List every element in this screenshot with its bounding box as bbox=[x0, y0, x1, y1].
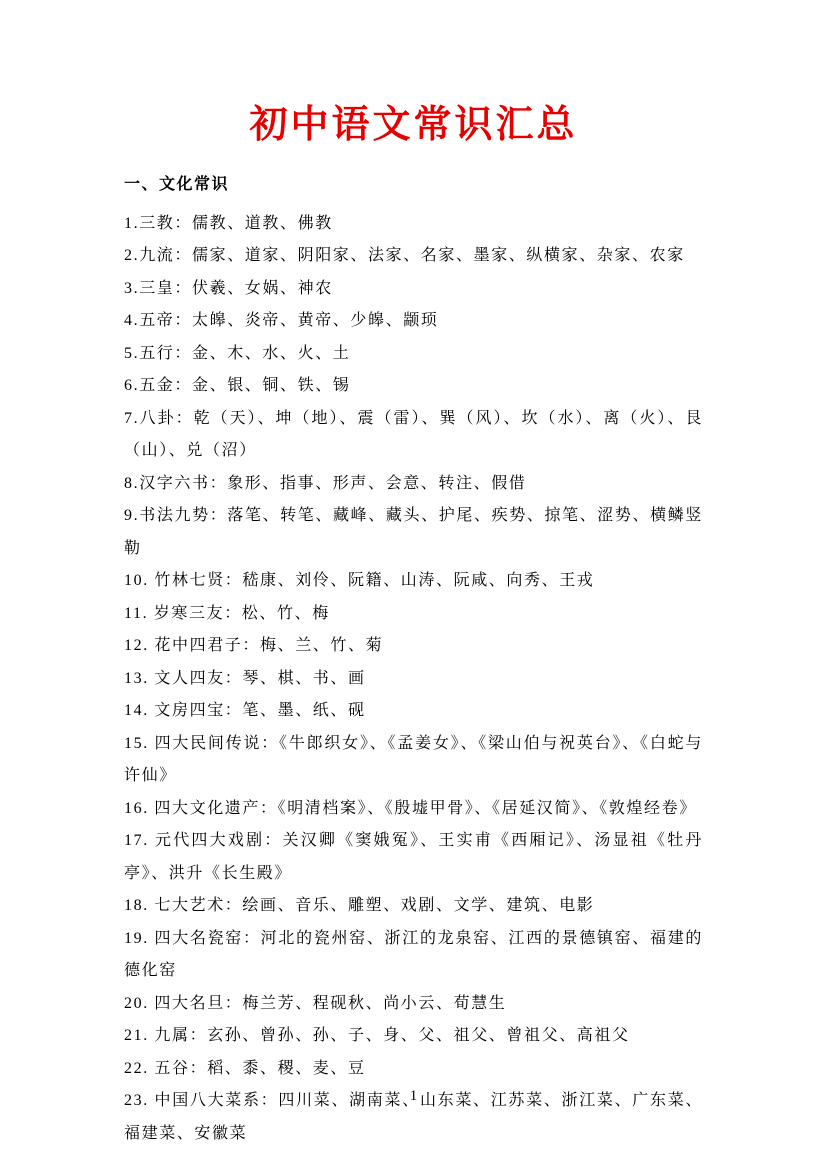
list-item: 15. 四大民间传说：《牛郎织女》、《孟姜女》、《梁山伯与祝英台》、《白蛇与许仙… bbox=[124, 728, 703, 793]
list-item: 4.五帝：太皞、炎帝、黄帝、少皞、颛顼 bbox=[124, 305, 703, 338]
list-item: 6.五金：金、银、铜、铁、锡 bbox=[124, 370, 703, 403]
list-item: 3.三皇：伏羲、女娲、神农 bbox=[124, 273, 703, 306]
list-item: 10. 竹林七贤：嵇康、刘伶、阮籍、山涛、阮咸、向秀、王戎 bbox=[124, 565, 703, 598]
list-item: 1.三教：儒教、道教、佛教 bbox=[124, 208, 703, 241]
list-item: 20. 四大名旦：梅兰芳、程砚秋、尚小云、荀慧生 bbox=[124, 988, 703, 1021]
document-page: 初中语文常识汇总 一、文化常识 1.三教：儒教、道教、佛教2.九流：儒家、道家、… bbox=[0, 0, 827, 1169]
list-item: 21. 九属：玄孙、曾孙、孙、子、身、父、祖父、曾祖父、高祖父 bbox=[124, 1020, 703, 1053]
page-number: 1 bbox=[0, 1088, 827, 1105]
list-item: 5.五行：金、木、水、火、土 bbox=[124, 338, 703, 371]
list-item: 11. 岁寒三友：松、竹、梅 bbox=[124, 598, 703, 631]
list-item: 12. 花中四君子：梅、兰、竹、菊 bbox=[124, 630, 703, 663]
page-title: 初中语文常识汇总 bbox=[124, 96, 703, 152]
list-item: 13. 文人四友：琴、棋、书、画 bbox=[124, 663, 703, 696]
list-item: 14. 文房四宝：笔、墨、纸、砚 bbox=[124, 695, 703, 728]
section-heading: 一、文化常识 bbox=[124, 168, 703, 201]
item-list: 1.三教：儒教、道教、佛教2.九流：儒家、道家、阴阳家、法家、名家、墨家、纵横家… bbox=[124, 208, 703, 1151]
list-item: 2.九流：儒家、道家、阴阳家、法家、名家、墨家、纵横家、杂家、农家 bbox=[124, 240, 703, 273]
list-item: 16. 四大文化遗产：《明清档案》、《殷墟甲骨》、《居延汉简》、《敦煌经卷》 bbox=[124, 793, 703, 826]
list-item: 9.书法九势：落笔、转笔、藏峰、藏头、护尾、疾势、掠笔、涩势、横鳞竖勒 bbox=[124, 500, 703, 565]
list-item: 18. 七大艺术：绘画、音乐、雕塑、戏剧、文学、建筑、电影 bbox=[124, 890, 703, 923]
list-item: 8.汉字六书：象形、指事、形声、会意、转注、假借 bbox=[124, 468, 703, 501]
list-item: 17. 元代四大戏剧：关汉卿《窦娥冤》、王实甫《西厢记》、汤显祖《牡丹亭》、洪升… bbox=[124, 825, 703, 890]
list-item: 19. 四大名瓷窑：河北的瓷州窑、浙江的龙泉窑、江西的景德镇窑、福建的德化窑 bbox=[124, 923, 703, 988]
list-item: 7.八卦：乾（天）、坤（地）、震（雷）、巽（风）、坎（水）、离（火）、艮（山）、… bbox=[124, 403, 703, 468]
list-item: 22. 五谷：稻、黍、稷、麦、豆 bbox=[124, 1053, 703, 1086]
